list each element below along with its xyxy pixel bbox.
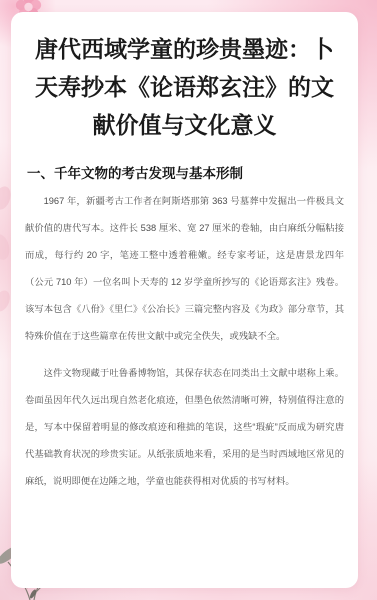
page-title: 唐代西域学童的珍贵墨迹：卜天寿抄本《论语郑玄注》的文献价值与文化意义	[27, 30, 342, 144]
paragraph-1: 1967 年，新疆考古工作者在阿斯塔那第 363 号墓葬中发掘出一件极具文献价值…	[25, 188, 344, 350]
section-heading: 一、千年文物的考古发现与基本形制	[27, 166, 344, 182]
article-body: 1967 年，新疆考古工作者在阿斯塔那第 363 号墓葬中发掘出一件极具文献价值…	[25, 188, 344, 495]
paragraph-2: 这件文物现藏于吐鲁番博物馆，其保存状态在同类出土文献中堪称上乘。卷面虽因年代久远…	[25, 360, 344, 495]
article-card: 唐代西域学童的珍贵墨迹：卜天寿抄本《论语郑玄注》的文献价值与文化意义 一、千年文…	[11, 12, 358, 588]
article-page: 唐代西域学童的珍贵墨迹：卜天寿抄本《论语郑玄注》的文献价值与文化意义 一、千年文…	[0, 0, 377, 600]
